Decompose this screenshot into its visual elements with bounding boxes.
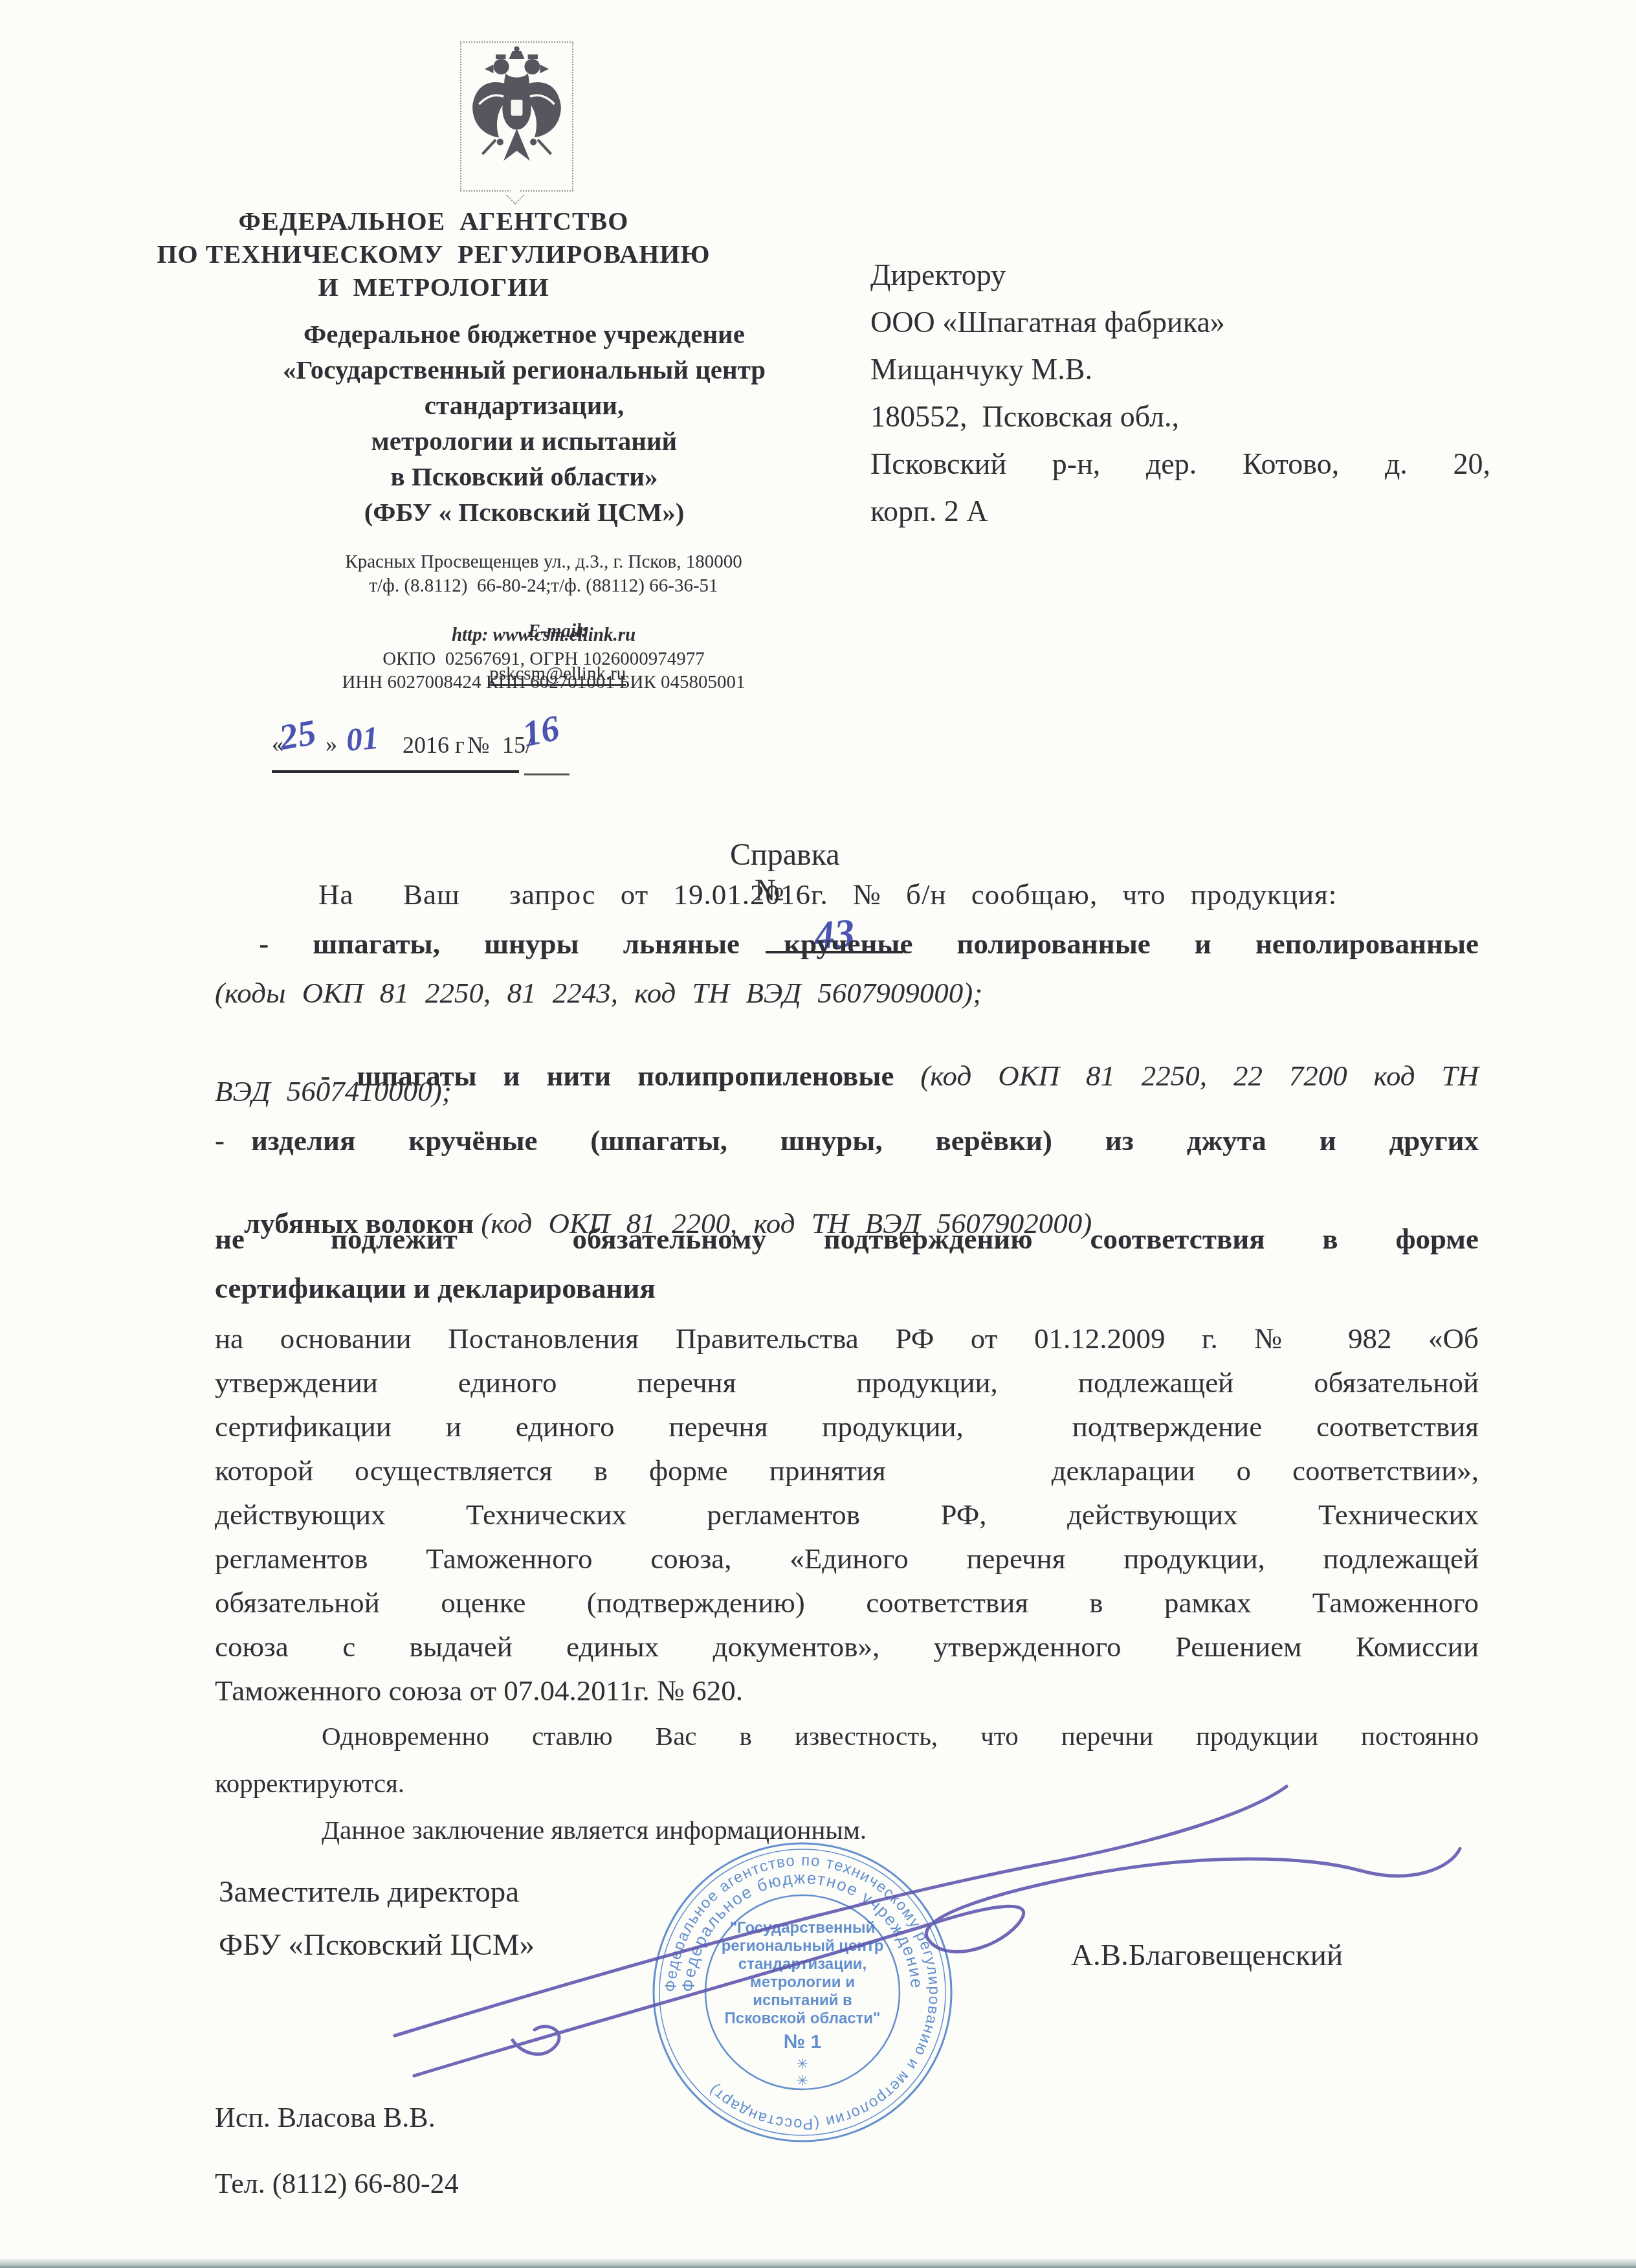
- org-address: Красных Просвещенцев ул., д.3., г. Псков…: [252, 551, 835, 573]
- agency-name-line3: И МЕТРОЛОГИИ: [110, 272, 757, 302]
- date-year: 2016 г: [403, 731, 465, 759]
- doc-number-sign: №: [467, 731, 489, 759]
- addressee-role: Директору: [870, 258, 1490, 292]
- coat-of-arms-icon: [461, 43, 572, 190]
- org-phones: т/ф. (8.8112) 66-80-24;т/ф. (88112) 66-3…: [252, 575, 835, 597]
- date-close-quote: »: [326, 730, 337, 757]
- scan-bottom-edge: [0, 2259, 1636, 2268]
- body-intro: На Ваш запрос от 19.01.2016г. № б/н сооб…: [215, 878, 1479, 911]
- basis-line1: на основании Постановления Правительства…: [215, 1322, 1479, 1355]
- basis-line2: утверждении единого перечня продукции, п…: [215, 1366, 1479, 1399]
- date-underline: [272, 770, 519, 773]
- handwritten-day: 25: [276, 712, 319, 759]
- basis-line5: действующих Технических регламентов РФ, …: [215, 1498, 1479, 1531]
- basis-line3: сертификации и единого перечня продукции…: [215, 1410, 1479, 1443]
- addressee-building: корп. 2 А: [870, 494, 1490, 528]
- product-item1-line2: (коды ОКП 81 2250, 81 2243, код ТН ВЭД 5…: [215, 976, 1479, 1010]
- org-okpo-ogrn: ОКПО 02567691, ОГРН 1026000974977: [252, 649, 835, 670]
- basis-line8: союза с выдачей единых документов», утве…: [215, 1630, 1479, 1663]
- agency-name-line1: ФЕДЕРАЛЬНОЕ АГЕНТСТВО: [110, 206, 757, 236]
- institution-line3: стандартизации,: [227, 390, 822, 421]
- org-inn-kpp-bik: ИНН 6027008424 КПП 602701001 БИК 0458050…: [252, 672, 835, 693]
- addressee-person: Мищанчуку М.В.: [870, 352, 1490, 386]
- number-underline: [524, 773, 569, 775]
- scanned-letter-page: ФЕДЕРАЛЬНОЕ АГЕНТСТВО ПО ТЕХНИЧЕСКОМУ РЕ…: [0, 0, 1636, 2268]
- title-word: Справка: [730, 838, 840, 872]
- basis-line9: Таможенного союза от 07.04.2011г. № 620.: [215, 1674, 1479, 1707]
- handwritten-signature-icon: [349, 1761, 1514, 2123]
- verdict-line2: сертификации и декларирования: [215, 1271, 1479, 1305]
- institution-line5: в Псковский области»: [227, 461, 822, 492]
- handwritten-month: 01: [345, 718, 381, 759]
- basis-line6: регламентов Таможенного союза, «Единого …: [215, 1542, 1479, 1575]
- org-website: http: www.csm.ellink.ru: [252, 625, 835, 646]
- executor-line: Исп. Власова В.В.: [215, 2101, 436, 2134]
- executor-phone-line: Тел. (8112) 66-80-24: [215, 2167, 459, 2200]
- basis-line7: обязательной оценке (подтверждению) соот…: [215, 1586, 1479, 1619]
- emblem-box: [460, 41, 573, 192]
- agency-name-line2: ПО ТЕХНИЧЕСКОМУ РЕГУЛИРОВАНИЮ: [110, 239, 757, 269]
- note1-line1: Одновременно ставлю Вас в известность, ч…: [215, 1720, 1479, 1751]
- institution-line4: метрологии и испытаний: [227, 425, 822, 456]
- handwritten-doc-number: 16: [519, 707, 563, 755]
- product-item3-line1: - изделия кручёные (шпагаты, шнуры, верё…: [215, 1124, 1479, 1157]
- institution-line1: Федеральное бюджетное учреждение: [227, 318, 822, 350]
- institution-line6: (ФБУ « Псковский ЦСМ»): [227, 496, 822, 528]
- addressee-postcode-region: 180552, Псковская обл.,: [870, 399, 1490, 434]
- basis-line4: которой осуществляется в форме принятия …: [215, 1454, 1479, 1487]
- institution-line2: «Государственный региональный центр: [227, 354, 822, 385]
- product-item1-line1: - шпагаты, шнуры льняные крученые полиро…: [215, 927, 1479, 961]
- product-item2-line2: ВЭД 5607410000);: [215, 1074, 1479, 1108]
- verdict-line1: не подлежит обязательному подтверждению …: [215, 1222, 1479, 1256]
- addressee-company: ООО «Шпагатная фабрика»: [870, 305, 1490, 339]
- addressee-street: Псковский р-н, дер. Котово, д. 20,: [870, 447, 1490, 481]
